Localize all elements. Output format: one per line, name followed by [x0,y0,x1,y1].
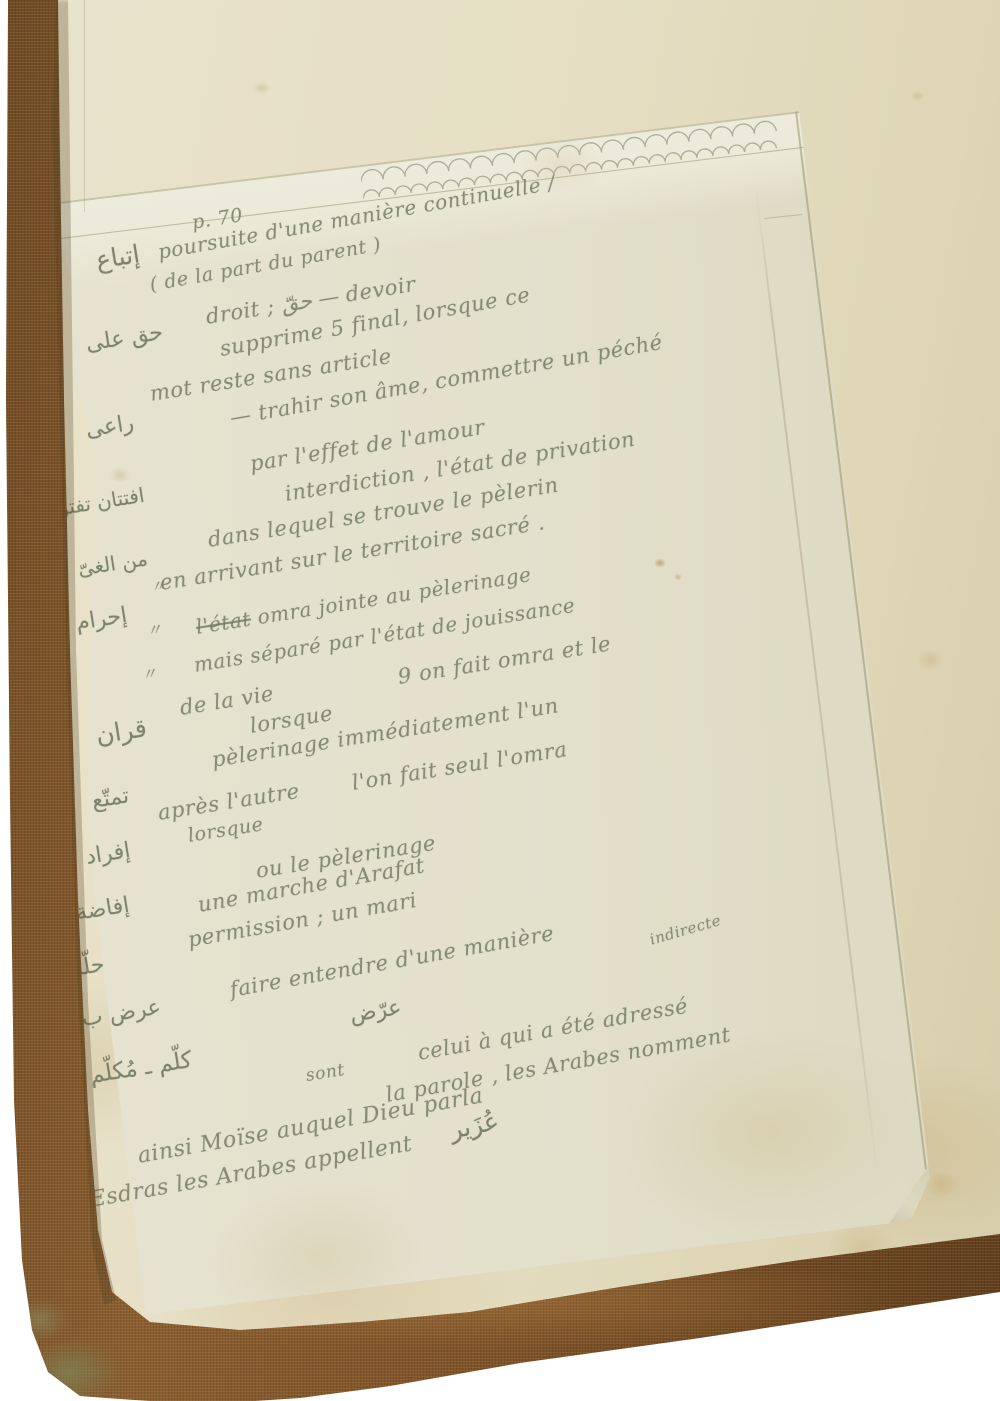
handwriting-line: 〃 [148,573,168,598]
handwriting-line: إتباع [94,239,142,275]
struck-word: l'état [194,606,252,638]
handwriting-line: sont [304,1060,346,1086]
handwriting-line: 〃 [139,661,159,686]
handwriting-line: من الغىّ [76,546,149,581]
handwriting-line: تمتّع [90,783,131,814]
handwriting-line: إحرام [74,603,129,636]
handwriting-line: 〃 [144,617,164,642]
handwriting-line: 9 on fait omra et le [396,631,613,688]
handwriting-line: عرّض [348,995,403,1028]
page-crease [84,0,85,212]
handwriting-line: l'on fait seul l'omra [350,737,569,795]
handwriting-line: كلّم ـ مُكلّم [88,1047,194,1089]
handwriting-line: indirecte [648,911,724,949]
handwriting-layer: p. 70poursuite d'une manière continuelle… [0,0,1000,1401]
handwriting-line: حق على [84,320,165,357]
handwriting-line: إفاضة [74,893,131,926]
handwriting-line: راعى [84,411,136,443]
photo-stage: p. 70poursuite d'une manière continuelle… [0,0,1000,1401]
handwriting-line: إفراد [84,838,132,870]
handwriting-line: قران [94,713,149,750]
handwriting-line: عرض ب [80,995,163,1032]
